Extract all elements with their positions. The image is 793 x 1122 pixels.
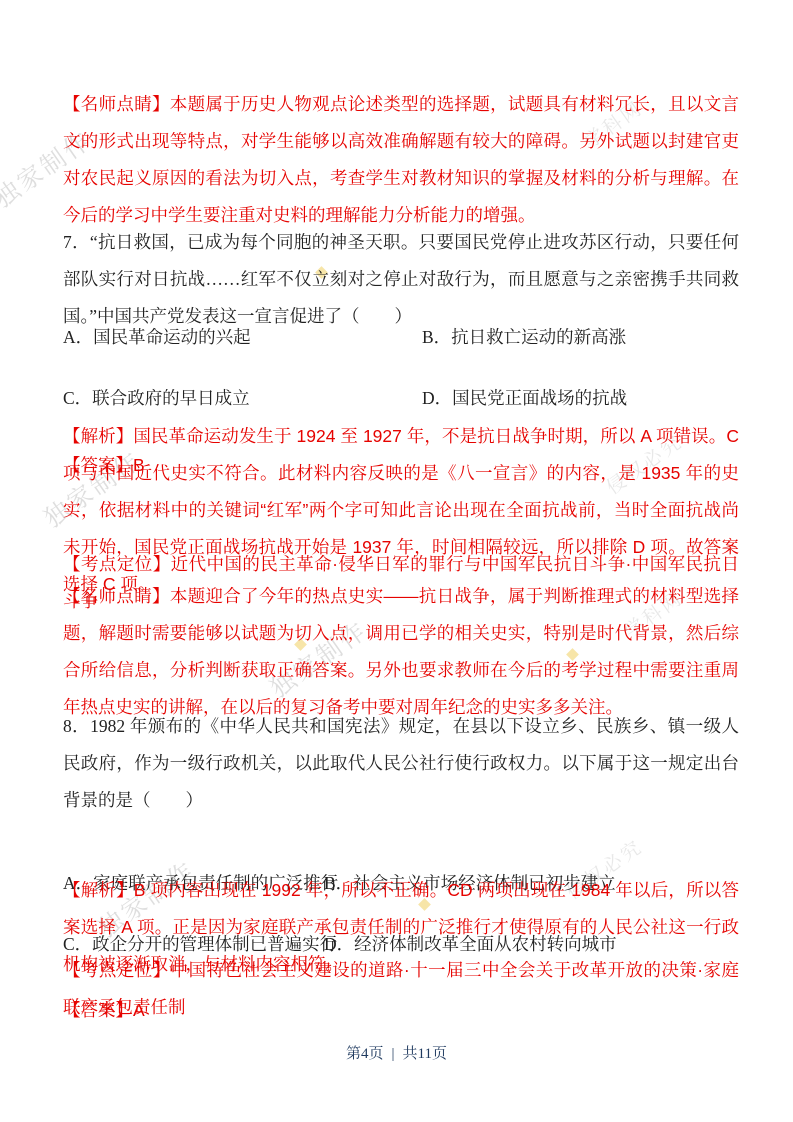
- q7-option-c: C．联合政府的早日成立: [63, 388, 250, 408]
- question-7-stem: 7．“抗日救国，已成为每个同胞的神圣天职。只要国民党停止进攻苏区行动，只要任何部…: [63, 224, 739, 335]
- page-footer: 第4页|共11页: [0, 1042, 793, 1063]
- question-8-stem: 8．1982 年颁布的《中华人民共和国宪法》规定，在县以下设立乡、民族乡、镇一级…: [63, 708, 739, 819]
- q7-option-d: D．国民党正面战场的抗战: [422, 383, 627, 414]
- footer-total-pages: 共11页: [403, 1046, 447, 1062]
- q7-option-a: A．国民革命运动的兴起: [63, 327, 251, 347]
- q7-option-b: B．抗日救亡运动的新高涨: [422, 322, 626, 353]
- exam-document-page: 独家制作 学科网 独家制作 侵权必究 独家制作 学科网 独家制作 侵权必究 【名…: [0, 0, 793, 1122]
- q7-options-row-1: A．国民革命运动的兴起 B．抗日救亡运动的新高涨: [63, 322, 739, 353]
- q7-teacher-tips-paragraph: 【名师点睛】本题迎合了今年的热点史实——抗日战争，属于判断推理式的材料型选择题，…: [63, 578, 739, 726]
- footer-page-number: 第4页: [346, 1046, 384, 1062]
- q7-options-row-2: C．联合政府的早日成立 D．国民党正面战场的抗战: [63, 383, 739, 414]
- q6-teacher-tips-paragraph: 【名师点睛】本题属于历史人物观点论述类型的选择题，试题具有材料冗长，且以文言文的…: [63, 86, 739, 234]
- footer-separator: |: [384, 1046, 403, 1062]
- q8-exam-point: 【考点定位】中国特色社会主义建设的道路·十一届三中全会关于改革开放的决策·家庭联…: [63, 952, 739, 1026]
